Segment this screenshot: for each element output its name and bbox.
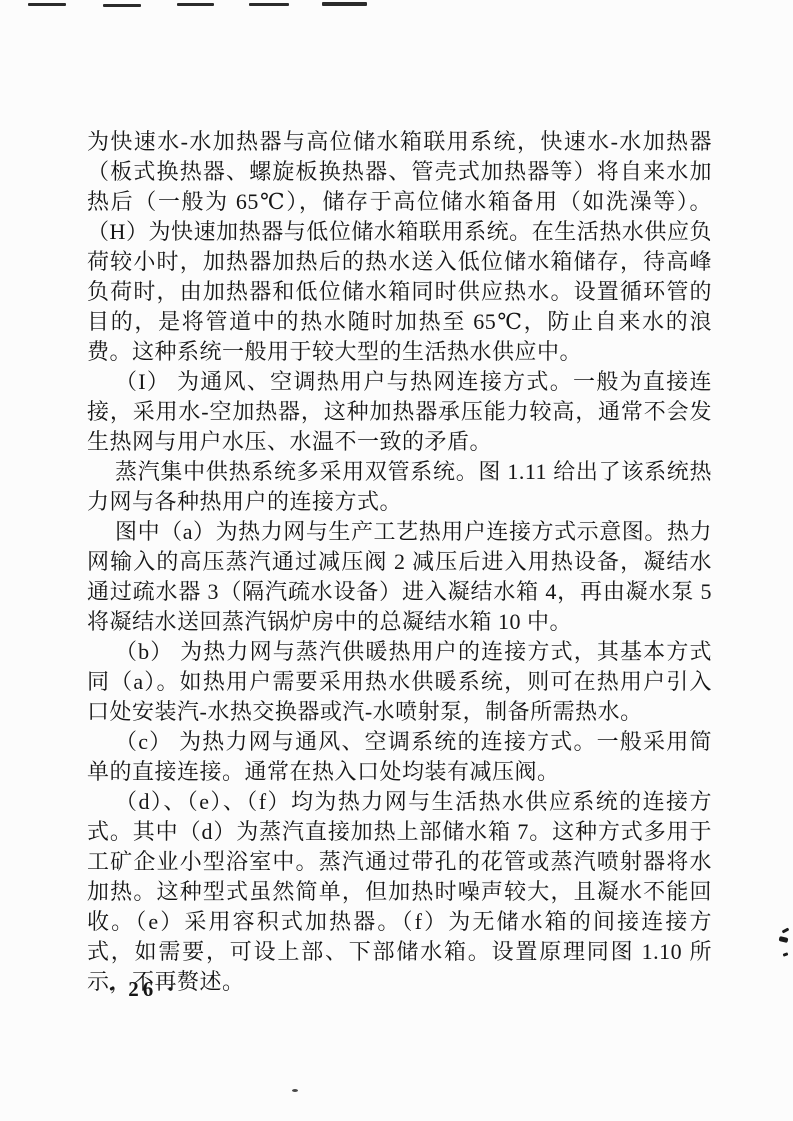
scan-speck-icon <box>292 1089 298 1092</box>
page-text-column: 为快速水-水加热器与高位储水箱联用系统，快速水-水加热器（板式换热器、螺旋板换热… <box>87 127 712 997</box>
scan-dash-icon <box>177 3 214 6</box>
margin-pencil-mark-icon <box>779 936 789 943</box>
scanned-book-page: 为快速水-水加热器与高位储水箱联用系统，快速水-水加热器（板式换热器、螺旋板换热… <box>0 0 793 1121</box>
paragraph-steam-system: 蒸汽集中供热系统多采用双管系统。图 1.11 给出了该系统热力网与各种热用户的连… <box>87 457 712 517</box>
paragraph-b: （b） 为热力网与蒸汽供暖热用户的连接方式，其基本方式同（a）。如热用户需要采用… <box>87 637 712 727</box>
margin-pencil-mark-icon <box>782 928 790 934</box>
scan-dash-icon <box>249 3 289 6</box>
paragraph-I: （I） 为通风、空调热用户与热网连接方式。一般为直接连接，采用水-空加热器，这种… <box>87 367 712 457</box>
paragraph-a: 图中（a）为热力网与生产工艺热用户连接方式示意图。热力网输入的高压蒸汽通过减压阀… <box>87 517 712 637</box>
paragraph-continuation: 为快速水-水加热器与高位储水箱联用系统，快速水-水加热器（板式换热器、螺旋板换热… <box>87 127 712 367</box>
scan-dash-icon <box>28 3 66 6</box>
margin-pencil-mark-icon <box>783 952 789 957</box>
scan-dash-icon <box>103 4 141 7</box>
scan-dash-icon <box>322 2 367 6</box>
paragraph-def: （d）、（e）、（f）均为热力网与生活热水供应系统的连接方式。其中（d）为蒸汽直… <box>87 787 712 997</box>
page-number: · 26 · <box>108 977 178 1002</box>
paragraph-c: （c） 为热力网与通风、空调系统的连接方式。一般采用简单的直接连接。通常在热入口… <box>87 727 712 787</box>
